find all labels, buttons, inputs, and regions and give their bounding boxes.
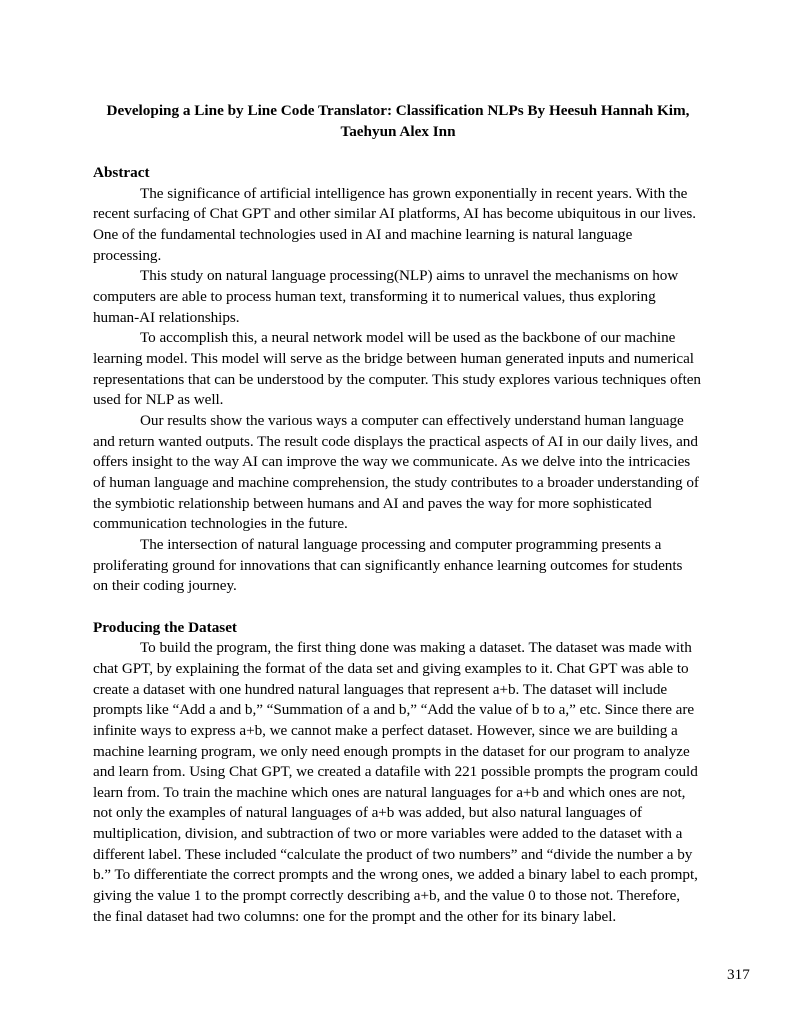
page-number: 317	[727, 966, 750, 984]
document-page: Developing a Line by Line Code Translato…	[93, 100, 701, 927]
abstract-paragraph-2: This study on natural language processin…	[93, 266, 701, 328]
producing-dataset-heading: Producing the Dataset	[93, 618, 701, 639]
dataset-paragraph-1: To build the program, the first thing do…	[93, 638, 701, 927]
abstract-paragraph-4: Our results show the various ways a comp…	[93, 411, 701, 535]
abstract-paragraph-5: The intersection of natural language pro…	[93, 535, 701, 597]
paper-title: Developing a Line by Line Code Translato…	[93, 100, 701, 142]
abstract-paragraph-3: To accomplish this, a neural network mod…	[93, 328, 701, 411]
abstract-paragraph-1: The significance of artificial intellige…	[93, 184, 701, 267]
abstract-heading: Abstract	[93, 163, 701, 184]
